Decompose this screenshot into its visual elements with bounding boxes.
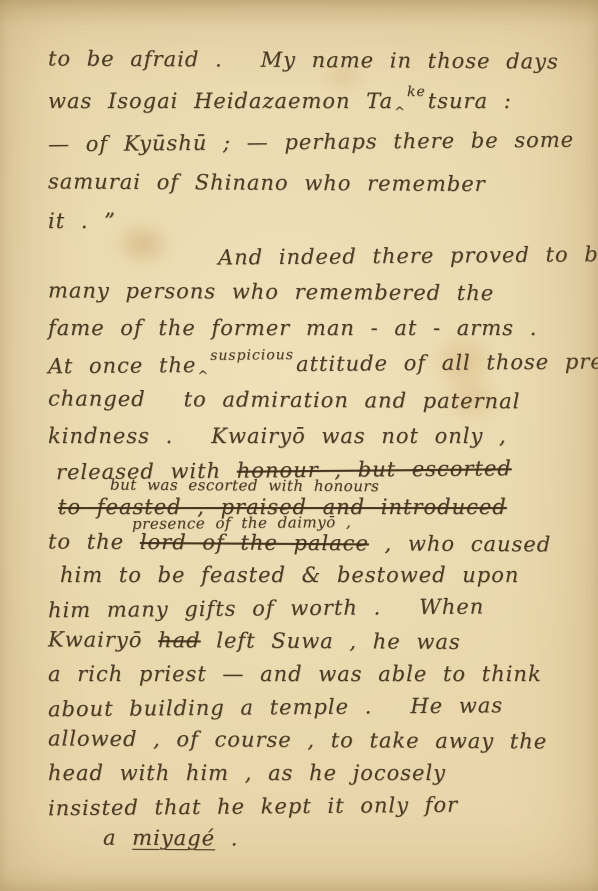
- handwritten-text: Kwairyō: [48, 627, 158, 652]
- manuscript-line: samurai of Shinano who remember: [48, 161, 572, 205]
- handwritten-text: left Suwa , he was: [201, 628, 461, 654]
- inserted-word: suspicious: [210, 348, 294, 363]
- manuscript-line: insisted that he kept it only for: [48, 788, 572, 826]
- handwritten-text: a rich priest — and was able to think: [48, 662, 542, 686]
- manuscript-line: a rich priest — and was able to think: [48, 658, 572, 691]
- handwritten-text: When: [419, 594, 484, 619]
- handwritten-text: , who caused: [369, 531, 551, 556]
- handwritten-text: him many gifts of worth .: [48, 595, 381, 622]
- manuscript-line: fame of the former man - at - arms .: [48, 310, 572, 346]
- manuscript-line: a miyagé .: [103, 822, 572, 858]
- manuscript-line: him to be feasted & bestowed upon: [60, 559, 572, 592]
- manuscript-line: — of Kyūshū ; — perhaps there be some: [48, 120, 572, 166]
- handwritten-text: allowed , of course , to take away the: [48, 726, 547, 753]
- manuscript-line: it . ”: [48, 204, 572, 238]
- handwritten-text: attitude of all those present: [296, 349, 598, 376]
- handwritten-text: kindness .: [48, 424, 173, 448]
- manuscript-line: was Isogai Heidazaemon Ta^ketsura :: [48, 81, 572, 122]
- handwritten-text: many persons who remembered the: [48, 278, 494, 305]
- handwritten-text: fame of the former man - at - arms .: [48, 316, 537, 340]
- handwritten-text: it . ”: [48, 209, 116, 233]
- manuscript-line: Kwairyō had left Suwa , he was: [48, 623, 572, 659]
- manuscript-text: to be afraid .My name in those dayswas I…: [48, 40, 572, 856]
- handwritten-text: to the: [48, 529, 140, 554]
- struck-out-text: had: [158, 628, 201, 652]
- manuscript-line: allowed , of course , to take away the: [48, 722, 572, 758]
- handwritten-text: insisted that he kept it only for: [48, 793, 458, 821]
- handwritten-text: to be afraid .: [48, 46, 223, 71]
- manuscript-line: kindness .Kwairyō was not only ,: [48, 418, 572, 454]
- underlined-word: miyagé: [132, 826, 215, 851]
- handwritten-text: was Isogai Heidazaemon Ta: [48, 89, 393, 113]
- manuscript-line: changedto admiration and paternal: [48, 380, 572, 419]
- handwritten-text: And indeed there proved to be: [218, 242, 598, 269]
- manuscript-line: about building a temple .He was: [48, 689, 572, 727]
- manuscript-line: him many gifts of worth .When: [48, 590, 572, 628]
- inserted-word: ke: [407, 85, 426, 99]
- handwritten-text: changed: [48, 386, 146, 411]
- handwritten-text: He was: [410, 693, 503, 718]
- handwritten-text: — of Kyūshū ; — perhaps there be some: [48, 128, 574, 157]
- struck-out-text: lord of the palace: [140, 530, 369, 555]
- handwritten-text: about building a temple .: [48, 694, 373, 721]
- manuscript-line: many persons who remembered the: [48, 272, 572, 311]
- handwritten-text: At once the: [48, 353, 197, 378]
- handwritten-text: tsura :: [428, 89, 512, 113]
- manuscript-page: to be afraid .My name in those dayswas I…: [0, 0, 598, 891]
- handwritten-text: Kwairyō was not only ,: [211, 424, 506, 448]
- handwritten-text: a: [103, 826, 132, 850]
- handwritten-text: .: [215, 826, 239, 850]
- handwritten-text: head with him , as he jocosely: [48, 761, 446, 785]
- manuscript-line: to the lord of the palace , who caused: [48, 526, 572, 560]
- manuscript-line: head with him , as he jocosely: [48, 757, 572, 790]
- handwritten-text: samurai of Shinano who remember: [48, 169, 486, 196]
- manuscript-line: to be afraid .My name in those days: [48, 38, 572, 82]
- handwritten-text: My name in those days: [261, 48, 559, 74]
- manuscript-line: And indeed there proved to be: [218, 236, 572, 275]
- handwritten-text: to admiration and paternal: [184, 387, 521, 413]
- handwritten-text: him to be feasted & bestowed upon: [60, 563, 519, 587]
- manuscript-line: At once the^suspiciousattitude of all th…: [48, 344, 572, 385]
